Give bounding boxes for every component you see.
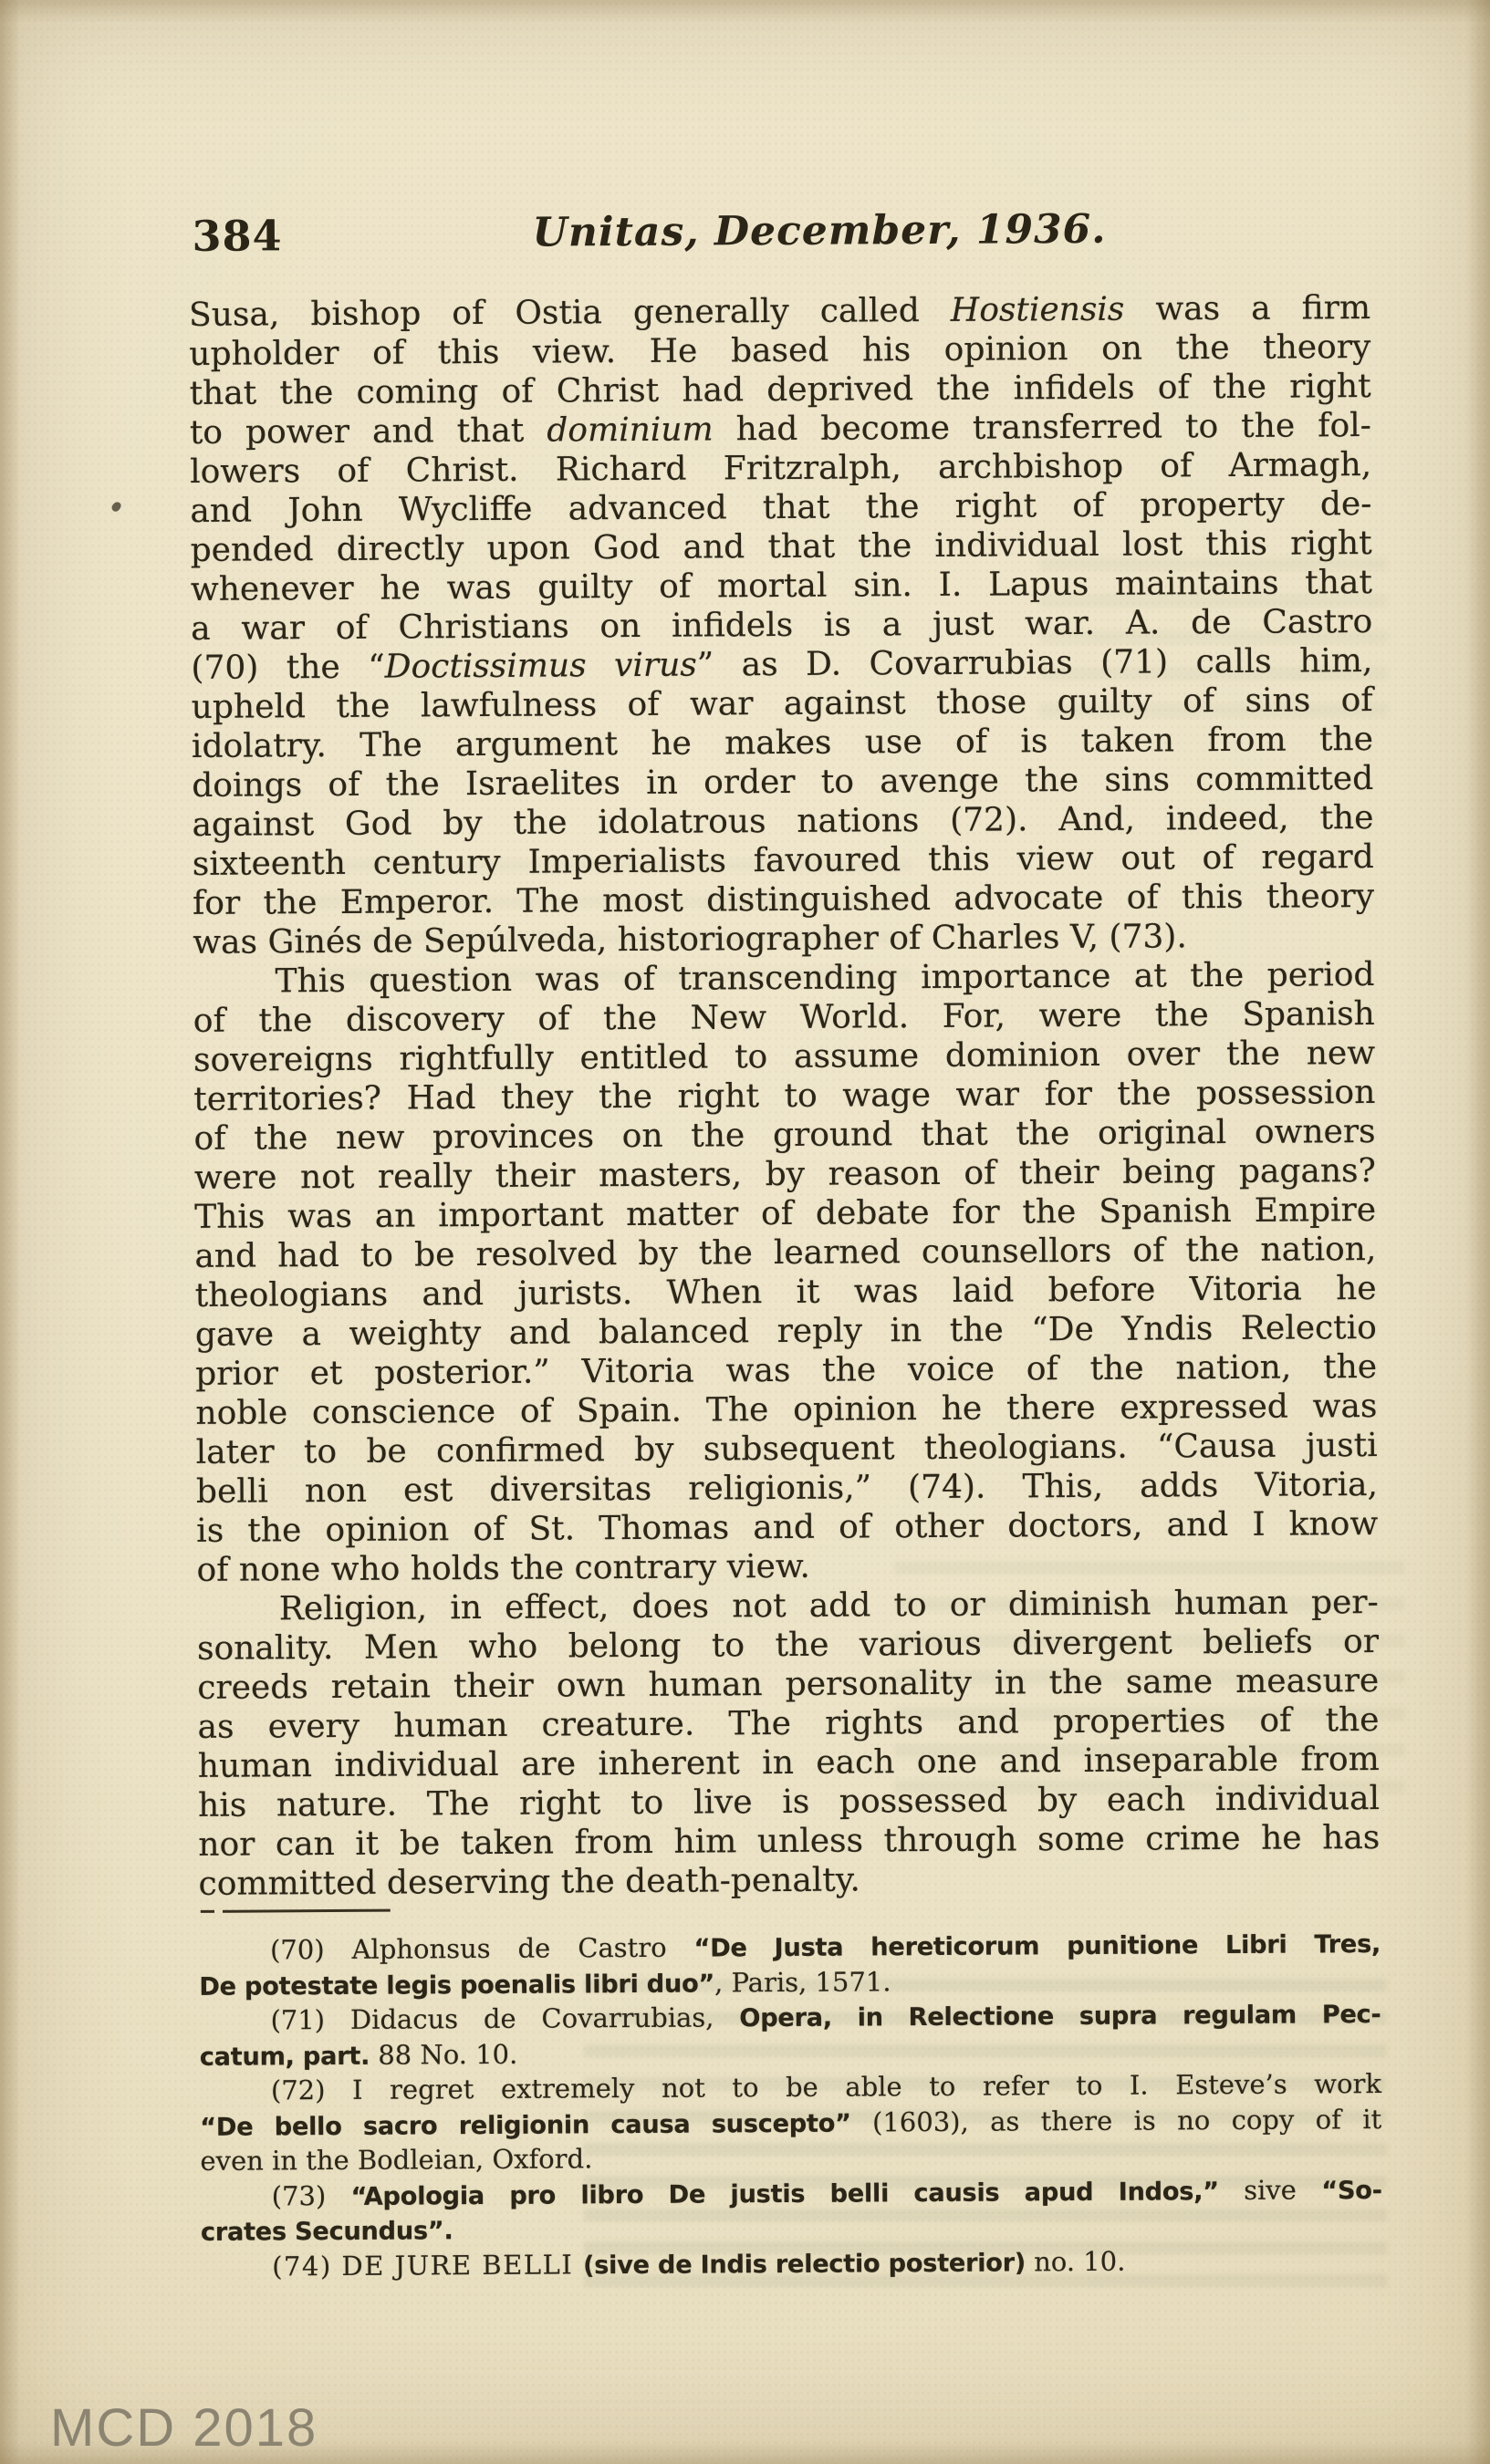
text-run: of the new provinces on the ground that … — [193, 1113, 1375, 1158]
text-run: was a firm — [1124, 289, 1370, 328]
text-run: “So- — [1321, 2177, 1382, 2205]
text-run: were not really their masters, by reason… — [194, 1152, 1376, 1197]
ink-speck — [110, 501, 122, 514]
text-run: (71) Didacus de Covarrubias, — [270, 2001, 739, 2035]
text-run: belli non est diversitas religionis,” (7… — [196, 1466, 1378, 1511]
text-run: his nature. The right to live is possess… — [198, 1780, 1380, 1825]
text-run: catum, part. — [200, 2042, 370, 2071]
text-run: upholder of this view. He based his opin… — [189, 328, 1370, 373]
text-run: Doctissimus virus — [385, 647, 697, 686]
text-run: nor can it be taken from him unless thro… — [198, 1819, 1380, 1864]
text-run: (sive de Indis relectio posterior) — [583, 2249, 1026, 2280]
body-text: Susa, bishop of Ostia generally called H… — [189, 288, 1381, 1904]
text-run: This question was of transcending import… — [275, 956, 1374, 1000]
text-run: lowers of Christ. Richard Fritzralph, ar… — [190, 446, 1371, 491]
scanned-page: 384 Unitas, December, 1936. Susa, bishop… — [0, 0, 1490, 2464]
text-line: (74) DE JURE BELLI (sive de Indis relect… — [201, 2241, 1382, 2283]
text-run: Religion, in effect, does not add to or … — [279, 1584, 1379, 1627]
text-run: sive — [1219, 2174, 1322, 2206]
text-run: sonality. Men who belong to the various … — [197, 1623, 1379, 1668]
text-run: dominium — [547, 411, 714, 449]
page-header-row: 384 Unitas, December, 1936. — [188, 204, 1370, 266]
text-run: crates Secundus”. — [201, 2217, 453, 2247]
text-run: against God by the idolatrous nations (7… — [192, 799, 1373, 844]
text-run: creeds retain their own human personalit… — [197, 1662, 1379, 1707]
text-run: human individual are inherent in each on… — [198, 1741, 1380, 1785]
text-line: (71) Didacus de Covarrubias, Opera, in R… — [199, 1996, 1381, 2038]
text-run: whenever he was guilty of mortal sin. I.… — [191, 564, 1372, 608]
text-run: for the Emperor. The most distinguished … — [193, 878, 1374, 922]
text-run: (1603), as there is no copy of it — [851, 2104, 1382, 2138]
text-run: committed deserving the death-penalty. — [198, 1861, 860, 1902]
text-run: had become transferred to the fol- — [714, 407, 1371, 448]
text-line: for the Emperor. The most distinguished … — [193, 877, 1374, 923]
text-run: “De bello sacro religionin causa suscept… — [200, 2109, 851, 2141]
text-run: gave a weighty and balanced reply in the… — [195, 1309, 1377, 1354]
text-line: nor can it be taken from him unless thro… — [198, 1818, 1380, 1865]
text-run: sovereigns rightfully entitled to assume… — [193, 1034, 1375, 1079]
text-run: that the coming of Christ had deprived t… — [189, 368, 1370, 412]
text-run: noble conscience of Spain. The opinion h… — [195, 1388, 1377, 1432]
text-run: 88 No. 10. — [370, 2038, 517, 2070]
text-line: “De bello sacro religionin causa suscept… — [200, 2102, 1381, 2144]
text-run: and John Wycliffe advanced that the righ… — [190, 485, 1371, 530]
text-run: prior et posterior.” Vitoria was the voi… — [195, 1348, 1377, 1393]
text-run: idolatry. The argument he makes use of i… — [192, 721, 1373, 765]
text-run: (73) — [272, 2179, 351, 2211]
text-run: (70) the “ — [191, 649, 384, 687]
page-number: 384 — [192, 211, 282, 261]
text-run: was Ginés de Sepúlveda, historiographer … — [193, 918, 1187, 962]
text-line: (70) Alphonsus de Castro “De Justa heret… — [199, 1926, 1381, 1968]
text-run: (72) I regret extremely not to be able t… — [271, 2068, 1381, 2105]
text-run: This was an important matter of debate f… — [194, 1191, 1376, 1236]
text-run: territories? Had they the right to wage … — [193, 1074, 1375, 1118]
text-run: ” as D. Covarrubias (71) calls him, — [697, 642, 1373, 684]
text-run: as every human creature. The rights and … — [197, 1701, 1379, 1746]
text-run: sixteenth century Imperialists favoured … — [193, 838, 1374, 883]
text-line: is the opinion of St. Thomas and of othe… — [196, 1504, 1378, 1551]
text-run: even in the Bodleian, Oxford. — [200, 2143, 592, 2177]
text-run: “De Justa hereticorum punitione Libri Tr… — [693, 1930, 1381, 1963]
text-run: (70) Alphonsus de Castro — [270, 1932, 694, 1966]
text-run: pended directly upon God and that the in… — [191, 525, 1372, 569]
text-line: (73) “Apologia pro libro De justis belli… — [201, 2172, 1382, 2214]
text-run: upheld the lawfulness of war against tho… — [192, 681, 1373, 726]
watermark: MCD 2018 — [50, 2397, 318, 2459]
text-run: (74) DE JURE BELLI — [272, 2249, 583, 2282]
text-run: is the opinion of St. Thomas and of othe… — [196, 1505, 1378, 1550]
text-run: Susa, bishop of Ostia generally called — [189, 292, 951, 334]
page-content: 384 Unitas, December, 1936. Susa, bishop… — [187, 0, 1369, 4]
text-run: Opera, in Relectione supra regulam Pec- — [739, 2001, 1381, 2033]
text-run: to power and that — [190, 412, 547, 452]
footnote-rule — [201, 1909, 391, 1913]
text-run: a war of Christians on infidels is a jus… — [191, 603, 1372, 648]
text-run: Hostiensis — [951, 291, 1125, 329]
text-run: no. 10. — [1026, 2245, 1126, 2277]
footnotes: (70) Alphonsus de Castro “De Justa heret… — [199, 1926, 1382, 2284]
text-run: of none who holds the contrary view. — [196, 1548, 810, 1589]
text-run: doings of the Israelites in order to ave… — [192, 760, 1373, 805]
text-line: committed deserving the death-penalty. — [198, 1857, 1380, 1904]
text-run: later to be confirmed by subsequent theo… — [196, 1427, 1378, 1471]
text-run: , Paris, 1571. — [714, 1966, 891, 1998]
text-run: theologians and jurists. When it was lai… — [195, 1270, 1377, 1315]
text-run: and had to be resolved by the learned co… — [194, 1231, 1376, 1275]
journal-header: Unitas, December, 1936. — [188, 204, 1370, 258]
text-run: De potestate legis poenalis libri duo” — [199, 1970, 714, 2001]
text-run: “Apologia pro libro De justis belli caus… — [351, 2178, 1219, 2211]
text-run: of the discovery of the New World. For, … — [193, 995, 1375, 1040]
